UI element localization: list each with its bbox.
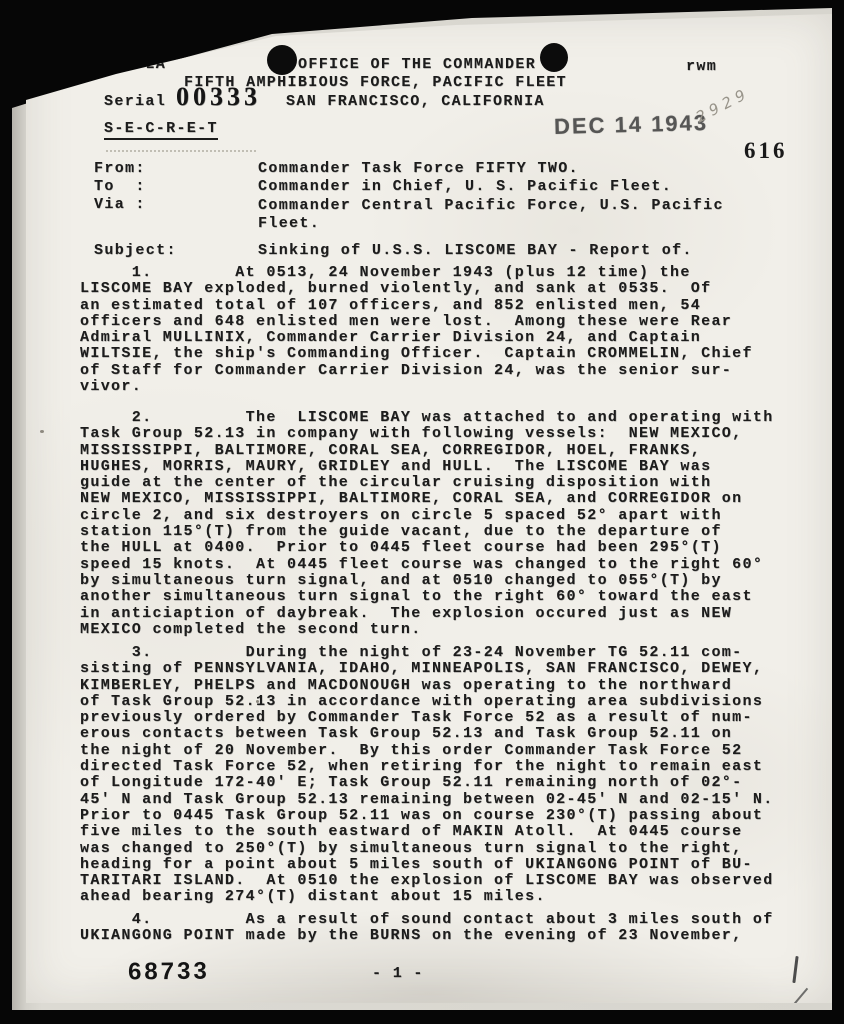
document-page: L11-LA OFFICE OF THE COMMANDER rwm FIFTH… xyxy=(26,12,832,1003)
via-value: Commander Central Pacific Force, U.S. Pa… xyxy=(258,197,724,233)
ink-smudge xyxy=(106,150,256,152)
typist-initials: rwm xyxy=(686,59,717,74)
paragraph-1: 1. At 0513, 24 November 1943 (plus 12 ti… xyxy=(80,265,753,395)
to-value: Commander in Chief, U. S. Pacific Fleet. xyxy=(258,179,672,194)
pencil-annotation: 2929 xyxy=(694,86,753,126)
corner-scratch-mark xyxy=(794,988,808,1005)
reference-code: L11-LA xyxy=(104,57,166,72)
page-number: - 1 - xyxy=(372,966,424,981)
office-title-line1: OFFICE OF THE COMMANDER xyxy=(298,57,536,72)
paper-speck xyxy=(40,430,44,433)
subject-value: Sinking of U.S.S. LISCOME BAY - Report o… xyxy=(258,243,693,258)
office-location: SAN FRANCISCO, CALIFORNIA xyxy=(286,94,545,109)
via-label: Via : xyxy=(94,197,146,212)
file-number-stamp: 616 xyxy=(744,139,788,162)
pencil-tally-mark xyxy=(792,956,798,983)
from-value: Commander Task Force FIFTY TWO. xyxy=(258,161,579,176)
footer-accession-stamp: 68733 xyxy=(128,960,210,985)
punch-hole-icon xyxy=(540,43,568,72)
classification-marking: S-E-C-R-E-T xyxy=(104,121,218,140)
serial-number-stamp: 00333 xyxy=(176,84,261,110)
punch-hole-icon xyxy=(267,45,297,75)
from-label: From: xyxy=(94,161,146,176)
subject-label: Subject: xyxy=(94,243,177,258)
paragraph-4: 4. As a result of sound contact about 3 … xyxy=(80,912,774,945)
paragraph-2: 2. The LISCOME BAY was attached to and o… xyxy=(80,410,774,638)
paper-speck xyxy=(256,700,259,703)
serial-label: Serial xyxy=(104,94,166,109)
paragraph-3: 3. During the night of 23-24 November TG… xyxy=(80,645,774,906)
received-date-stamp: DEC 14 1943 xyxy=(554,112,709,138)
to-label: To : xyxy=(94,179,146,194)
